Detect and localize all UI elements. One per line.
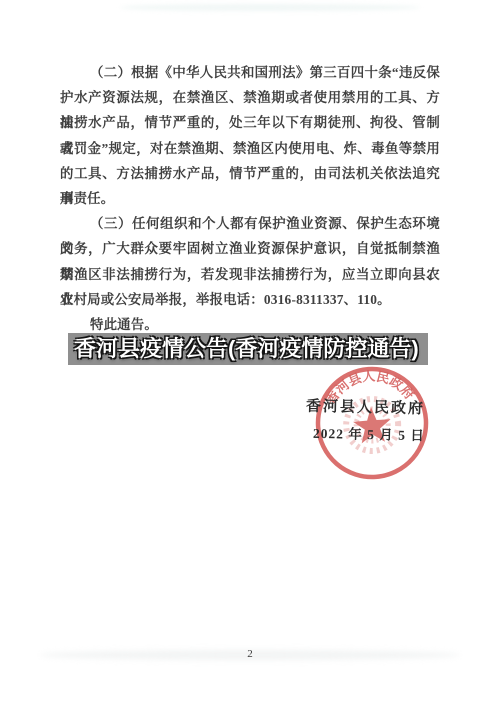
notice-body: （二）根据《中华人民共和国刑法》第三百四十条“违反保 护水产资源法规，在禁渔区、… bbox=[60, 60, 440, 337]
body-line: 禁渔区非法捕捞行为，若发现非法捕捞行为，应当立即向县农业 bbox=[60, 262, 440, 287]
scan-artifact-top bbox=[120, 4, 420, 11]
headline-overlay-bar: 香河县疫情公告(香河疫情防控通告) bbox=[68, 333, 428, 365]
body-line: 事责任。 bbox=[60, 186, 440, 211]
scanned-notice-page: （二）根据《中华人民共和国刑法》第三百四十条“违反保 护水产资源法规，在禁渔区、… bbox=[0, 0, 500, 706]
body-line: 捕捞水产品，情节严重的，处三年以下有期徒刑、拘役、管制或 bbox=[60, 110, 440, 135]
page-number: 2 bbox=[0, 648, 500, 660]
body-line: 农村局或公安局举报，举报电话：0316-8311337、110。 bbox=[60, 287, 440, 312]
body-line: （二）根据《中华人民共和国刑法》第三百四十条“违反保 bbox=[60, 60, 440, 85]
issuer-name: 香河县人民政府 bbox=[306, 395, 425, 418]
issue-date: 2022 年 5 月 5 日 bbox=[313, 422, 425, 444]
body-line: 义务，广大群众要牢固树立渔业资源保护意识，自觉抵制禁渔期、 bbox=[60, 236, 440, 261]
body-line: 者罚金”规定，对在禁渔期、禁渔区内使用电、炸、毒鱼等禁用 bbox=[60, 136, 440, 161]
body-line: （三）任何组织和个人都有保护渔业资源、保护生态环境的 bbox=[60, 211, 440, 236]
headline-text: 香河县疫情公告(香河疫情防控通告) bbox=[68, 333, 428, 365]
body-line: 的工具、方法捕捞水产品，情节严重的，由司法机关依法追究刑 bbox=[60, 161, 440, 186]
body-line: 护水产资源法规，在禁渔区、禁渔期或者使用禁用的工具、方法 bbox=[60, 85, 440, 110]
